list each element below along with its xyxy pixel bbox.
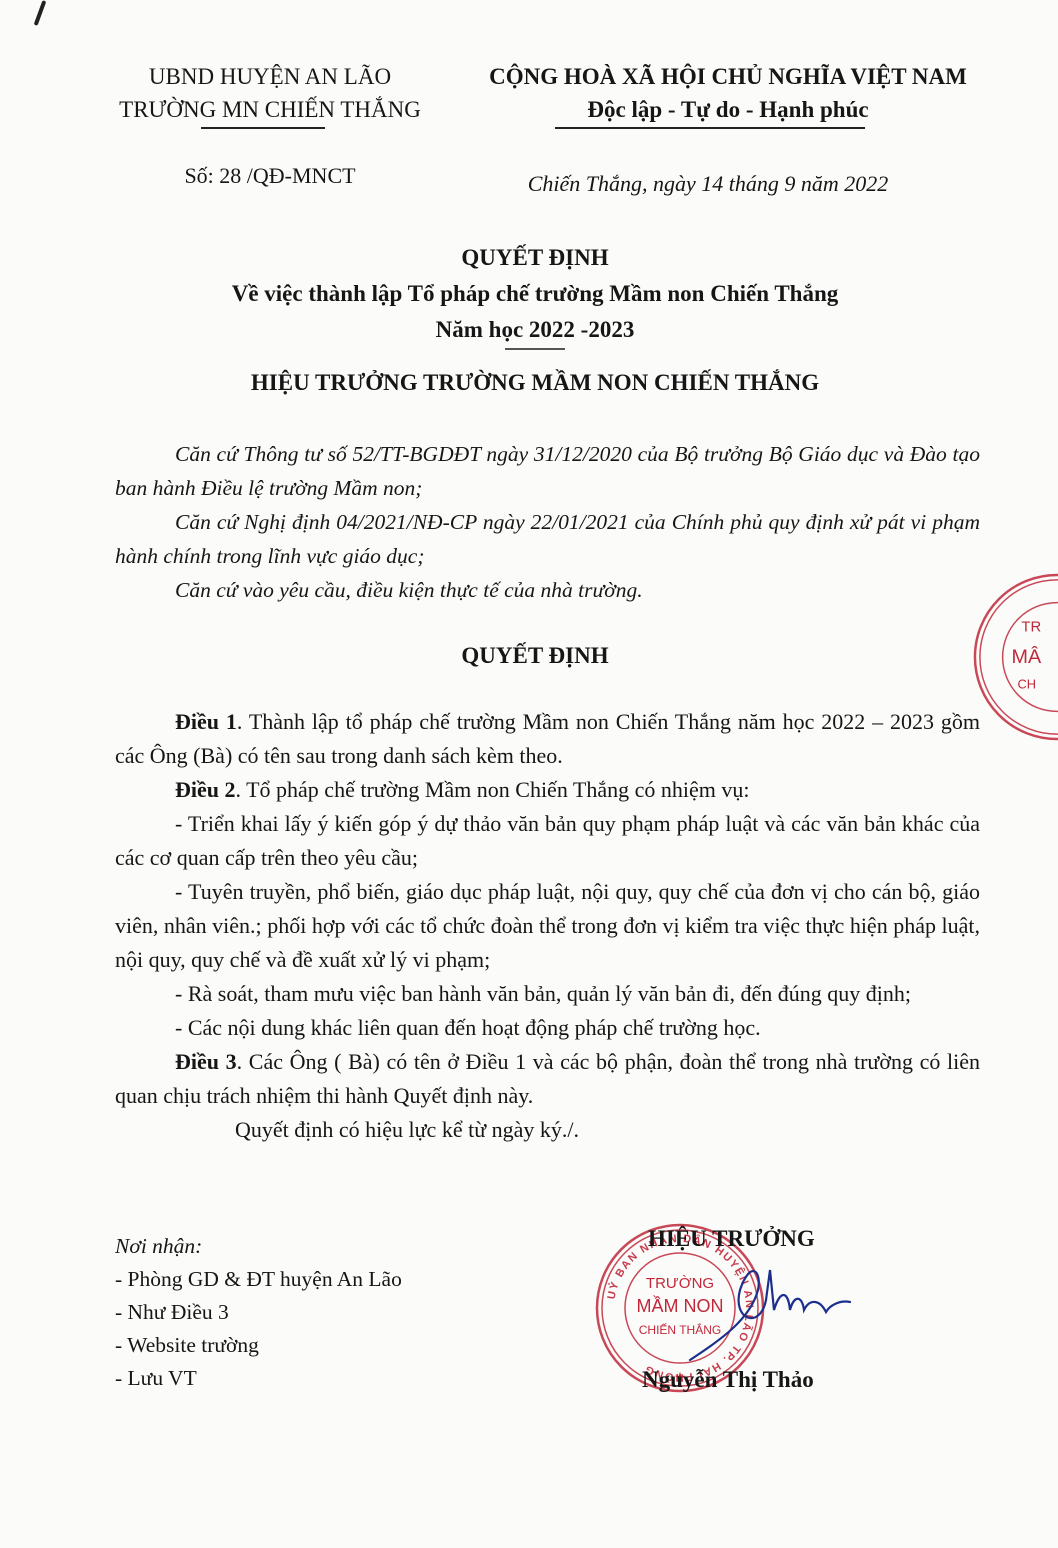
- recipient-item: - Lưu VT: [115, 1362, 402, 1395]
- signature-icon: [670, 1250, 860, 1370]
- pen-mark: [34, 0, 47, 26]
- legal-basis: Căn cứ Nghị định 04/2021/NĐ-CP ngày 22/0…: [115, 505, 980, 573]
- svg-text:CH: CH: [1017, 677, 1036, 692]
- title-underline: [505, 348, 565, 350]
- national-motto: CỘNG HOÀ XÃ HỘI CHỦ NGHĨA VIỆT NAM Độc l…: [458, 60, 998, 126]
- signer-title: HIỆU TRƯỞNG: [648, 1226, 815, 1252]
- recipient-item: - Website trường: [115, 1329, 402, 1362]
- articles: Điều 1. Thành lập tổ pháp chế trường Mầm…: [115, 705, 980, 1147]
- issuing-authority: UBND HUYỆN AN LÃO TRƯỜNG MN CHIẾN THẮNG: [80, 60, 460, 126]
- side-seal-icon: TR MÂ CH: [972, 572, 1058, 742]
- duty-item: - Rà soát, tham mưu việc ban hành văn bả…: [115, 977, 980, 1011]
- country-line: CỘNG HOÀ XÃ HỘI CHỦ NGHĨA VIỆT NAM: [458, 60, 998, 93]
- article-3: Điều 3. Các Ông ( Bà) có tên ở Điều 1 và…: [115, 1045, 980, 1113]
- legal-basis: Căn cứ Thông tư số 52/TT-BGDĐT ngày 31/1…: [115, 437, 980, 505]
- duty-item: - Các nội dung khác liên quan đến hoạt đ…: [115, 1011, 980, 1045]
- document-date: Chiến Thắng, ngày 14 tháng 9 năm 2022: [458, 171, 958, 197]
- article-3-text: . Các Ông ( Bà) có tên ở Điều 1 và các b…: [115, 1049, 980, 1108]
- article-2: Điều 2. Tổ pháp chế trường Mầm non Chiến…: [115, 773, 980, 807]
- recipients-list: Nơi nhận: - Phòng GD & ĐT huyện An Lão -…: [115, 1230, 402, 1395]
- title-heading: QUYẾT ĐỊNH: [100, 240, 970, 276]
- duty-item: - Tuyên truyền, phổ biến, giáo dục pháp …: [115, 875, 980, 977]
- school-line: TRƯỜNG MN CHIẾN THẮNG: [80, 93, 460, 126]
- signer-name: Nguyễn Thị Thảo: [642, 1367, 814, 1393]
- legal-basis: Căn cứ vào yêu cầu, điều kiện thực tế củ…: [115, 573, 980, 607]
- title-subject: Về việc thành lập Tổ pháp chế trường Mầm…: [100, 276, 970, 312]
- document-title: QUYẾT ĐỊNH Về việc thành lập Tổ pháp chế…: [100, 240, 970, 350]
- article-1: Điều 1. Thành lập tổ pháp chế trường Mầm…: [115, 705, 980, 773]
- article-2-label: Điều 2: [175, 777, 236, 802]
- school-underline: [201, 127, 325, 129]
- article-2-text: . Tổ pháp chế trường Mầm non Chiến Thắng…: [236, 777, 750, 802]
- recipient-item: - Như Điều 3: [115, 1296, 402, 1329]
- legal-bases: Căn cứ Thông tư số 52/TT-BGDĐT ngày 31/1…: [115, 437, 980, 607]
- title-year: Năm học 2022 -2023: [100, 312, 970, 348]
- duty-item: - Triển khai lấy ý kiến góp ý dự thảo vă…: [115, 807, 980, 875]
- document-number: Số: 28 /QĐ-MNCT: [80, 163, 460, 189]
- authority-line: UBND HUYỆN AN LÃO: [80, 60, 460, 93]
- motto-underline: [555, 127, 865, 129]
- issuer-heading: HIỆU TRƯỞNG TRƯỜNG MẦM NON CHIẾN THẮNG: [100, 370, 970, 396]
- recipients-heading: Nơi nhận:: [115, 1230, 402, 1263]
- effective-clause: Quyết định có hiệu lực kể từ ngày ký./.: [115, 1113, 980, 1147]
- article-3-label: Điều 3: [175, 1049, 237, 1074]
- motto-line: Độc lập - Tự do - Hạnh phúc: [458, 93, 998, 126]
- svg-text:MÂ: MÂ: [1012, 645, 1042, 668]
- recipient-item: - Phòng GD & ĐT huyện An Lão: [115, 1263, 402, 1296]
- svg-text:TR: TR: [1021, 619, 1041, 635]
- decision-heading: QUYẾT ĐỊNH: [100, 643, 970, 669]
- article-1-label: Điều 1: [175, 709, 237, 734]
- article-1-text: . Thành lập tổ pháp chế trường Mầm non C…: [115, 709, 980, 768]
